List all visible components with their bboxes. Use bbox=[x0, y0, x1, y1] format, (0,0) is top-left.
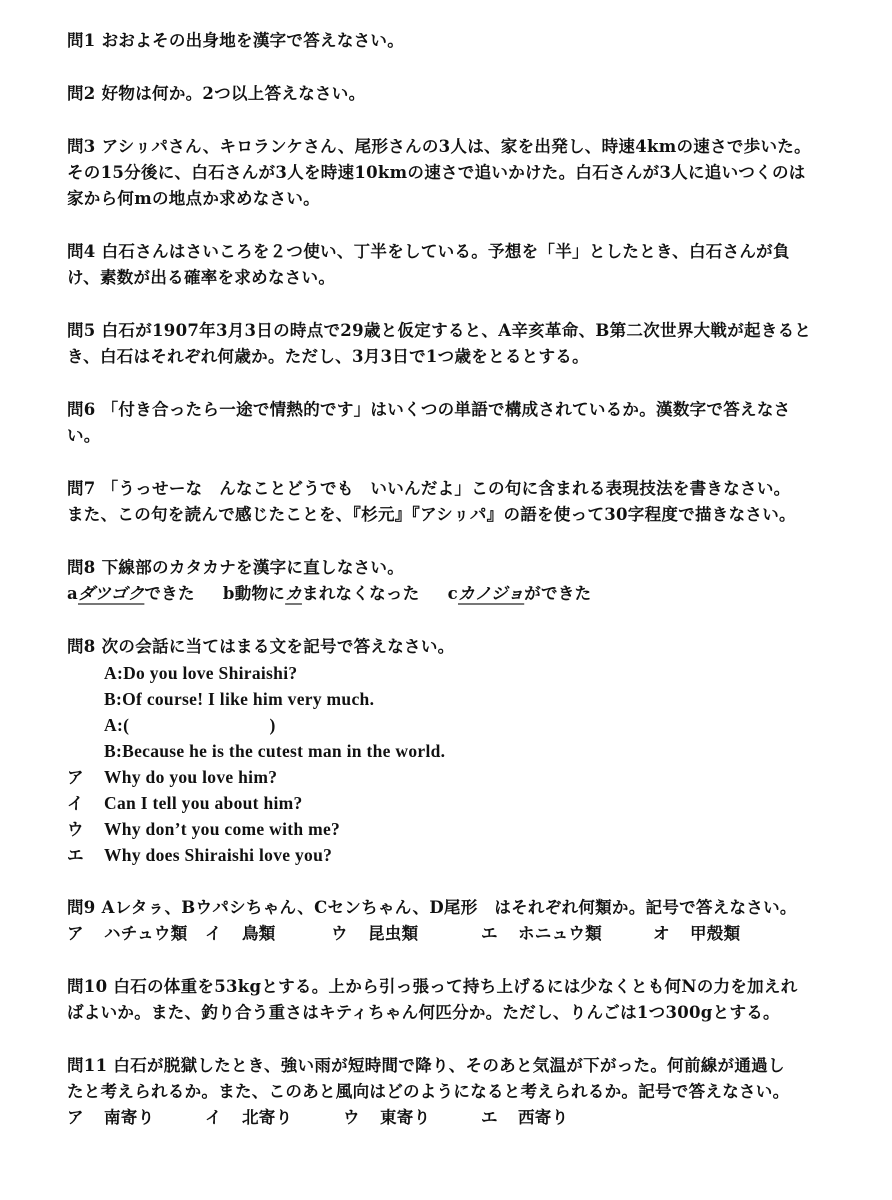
question-9-options: アハチュウ類イ鳥類ウ昆虫類エホニュウ類オ甲殻類 bbox=[67, 921, 740, 947]
underlined-katakana: カ bbox=[285, 584, 302, 603]
kanji-item-b: b動物にカまれなくなった bbox=[223, 581, 420, 607]
option-label: イ bbox=[205, 921, 242, 947]
option-text: ホニュウ類 bbox=[518, 924, 602, 943]
question-1: 問1 おおよその出身地を漢字で答えなさい。 bbox=[67, 28, 404, 54]
choice-text: Why do you love him? bbox=[104, 767, 277, 787]
question-7-line-2: また、この句を読んで感じたことを、『杉元』『アシㇼパ』の語を使って30字程度で描… bbox=[67, 502, 796, 528]
dialogue-line-4: B:Because he is the cutest man in the wo… bbox=[104, 738, 445, 764]
option-label: ウ bbox=[331, 921, 368, 947]
option-text: 西寄り bbox=[518, 1108, 568, 1127]
question-2: 問2 好物は何か。2つ以上答えなさい。 bbox=[67, 81, 365, 107]
question-8b-line-1: 問8 次の会話に当てはまる文を記号で答えなさい。 bbox=[67, 634, 454, 660]
choice-i: イCan I tell you about him? bbox=[67, 790, 303, 817]
option-text: ハチュウ類 bbox=[104, 924, 188, 943]
question-3-line-1: 問3 アシㇼパさん、キロランケさん、尾形さんの3人は、家を出発し、時速4kmの速… bbox=[67, 134, 811, 160]
dialogue-line-2: B:Of course! I like him very much. bbox=[104, 686, 374, 712]
question-5-line-1: 問5 白石が1907年3月3日の時点で29歳と仮定すると、A辛亥革命、B第二次世… bbox=[67, 318, 811, 344]
dialogue-line-1: A:Do you love Shiraishi? bbox=[104, 660, 297, 686]
option-label: イ bbox=[205, 1105, 242, 1131]
option-e: エ西寄り bbox=[481, 1105, 568, 1131]
option-label: ア bbox=[67, 1105, 104, 1131]
item-prefix: b動物に bbox=[223, 584, 285, 603]
item-prefix: a bbox=[67, 584, 78, 603]
choice-text: Can I tell you about him? bbox=[104, 793, 303, 813]
question-11-options: ア南寄りイ北寄りウ東寄りエ西寄り bbox=[67, 1105, 568, 1131]
option-label: エ bbox=[481, 921, 518, 947]
item-suffix: できた bbox=[144, 584, 194, 603]
question-3-line-3: 家から何mの地点か求めなさい。 bbox=[67, 186, 320, 212]
choice-text: Why don’t you come with me? bbox=[104, 819, 340, 839]
question-10-line-1: 問10 白石の体重を53kgとする。上から引っ張って持ち上げるには少なくとも何N… bbox=[67, 974, 798, 1000]
kanji-item-c: cカノジョができた bbox=[448, 581, 592, 607]
option-a: アハチュウ類 bbox=[67, 921, 205, 947]
option-label: オ bbox=[653, 921, 690, 947]
kanji-item-a: aダツゴクできた bbox=[67, 581, 195, 607]
choice-e: エWhy does Shiraishi love you? bbox=[67, 842, 332, 869]
exam-page: 問1 おおよその出身地を漢字で答えなさい。 問2 好物は何か。2つ以上答えなさい… bbox=[0, 0, 892, 1200]
option-i: イ鳥類 bbox=[205, 921, 331, 947]
underlined-katakana: ダツゴク bbox=[78, 584, 144, 603]
option-u: ウ昆虫類 bbox=[331, 921, 481, 947]
choice-label: エ bbox=[67, 843, 104, 869]
question-7-line-1: 問7 「うっせーな んなことどうでも いいんだよ」この句に含まれる表現技法を書き… bbox=[67, 476, 790, 502]
option-text: 東寄り bbox=[380, 1108, 430, 1127]
question-9-line-1: 問9 Aレタㇻ、Bウパシちゃん、Cセンちゃん、D尾形 はそれぞれ何類か。記号で答… bbox=[67, 895, 797, 921]
item-prefix: c bbox=[448, 584, 458, 603]
choice-a: アWhy do you love him? bbox=[67, 764, 277, 791]
option-e: エホニュウ類 bbox=[481, 921, 653, 947]
option-text: 昆虫類 bbox=[368, 924, 418, 943]
option-o: オ甲殻類 bbox=[653, 921, 740, 947]
question-11-line-2: たと考えられるか。また、このあと風向はどのようになると考えられるか。記号で答えな… bbox=[67, 1079, 789, 1105]
question-8a-items: aダツゴクできた b動物にカまれなくなった cカノジョができた bbox=[67, 581, 591, 607]
choice-u: ウWhy don’t you come with me? bbox=[67, 816, 340, 843]
dialogue-line-3-blank: A:( ) bbox=[104, 712, 276, 738]
option-text: 北寄り bbox=[242, 1108, 292, 1127]
option-text: 鳥類 bbox=[242, 924, 276, 943]
option-label: ア bbox=[67, 921, 104, 947]
question-11-line-1: 問11 白石が脱獄したとき、強い雨が短時間で降り、そのあと気温が下がった。何前線… bbox=[67, 1053, 785, 1079]
choice-label: ウ bbox=[67, 817, 104, 843]
item-suffix: ができた bbox=[524, 584, 591, 603]
choice-text: Why does Shiraishi love you? bbox=[104, 845, 332, 865]
choice-label: イ bbox=[67, 791, 104, 817]
question-4-line-2: け、素数が出る確率を求めなさい。 bbox=[67, 265, 335, 291]
question-3-line-2: その15分後に、白石さんが3人を時速10kmの速さで追いかけた。白石さんが3人に… bbox=[67, 160, 806, 186]
question-8a-line-1: 問8 下線部のカタカナを漢字に直しなさい。 bbox=[67, 555, 404, 581]
item-suffix: まれなくなった bbox=[302, 584, 420, 603]
option-text: 甲殻類 bbox=[690, 924, 740, 943]
question-6-line-2: い。 bbox=[67, 423, 101, 449]
question-5-line-2: き、白石はそれぞれ何歳か。ただし、3月3日で1つ歳をとるとする。 bbox=[67, 344, 589, 370]
question-4-line-1: 問4 白石さんはさいころを２つ使い、丁半をしている。予想を「半」としたとき、白石… bbox=[67, 239, 790, 265]
question-10-line-2: ばよいか。また、釣り合う重さはキティちゃん何匹分か。ただし、りんごは1つ300g… bbox=[67, 1000, 780, 1026]
option-a: ア南寄り bbox=[67, 1105, 205, 1131]
option-label: ウ bbox=[343, 1105, 380, 1131]
option-label: エ bbox=[481, 1105, 518, 1131]
question-6-line-1: 問6 「付き合ったら一途で情熱的です」はいくつの単語で構成されているか。漢数字で… bbox=[67, 397, 790, 423]
option-u: ウ東寄り bbox=[343, 1105, 481, 1131]
choice-label: ア bbox=[67, 765, 104, 791]
underlined-katakana: カノジョ bbox=[458, 584, 524, 603]
option-text: 南寄り bbox=[104, 1108, 154, 1127]
option-i: イ北寄り bbox=[205, 1105, 343, 1131]
